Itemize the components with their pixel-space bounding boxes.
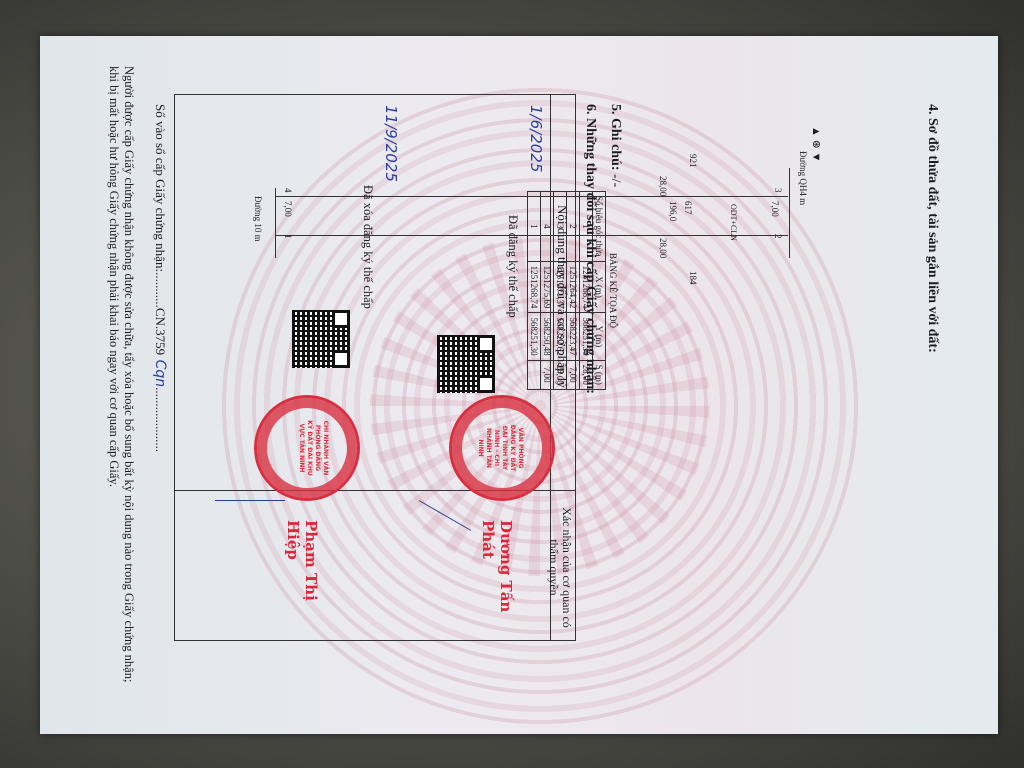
neighbor-left: 184 <box>688 271 698 285</box>
road-top-label: Đường QH4 m <box>798 151 808 205</box>
parcel-number: 617 <box>683 201 693 215</box>
qr-code-icon <box>437 335 495 393</box>
stamp-2: CHI NHÁNH VĂN PHÒNG ĐĂNG KÝ ĐẤT ĐAI KHU … <box>254 395 360 501</box>
road-top-line <box>789 168 790 258</box>
entry2-date: 11/9/2025 <box>382 105 400 182</box>
stamp-1: VĂN PHÒNG ĐĂNG KÝ ĐẤT ĐAI TỈNH TÂY NINH … <box>449 395 555 501</box>
entry1-text: Đã đăng ký thế chấp <box>505 215 520 318</box>
certificate-paper: 4. Sơ đồ thửa đất, tài sản gắn liền với … <box>40 36 998 734</box>
entry1-signer: Dương Tấn Phát <box>479 520 515 640</box>
changes-table: Nội dung thay đổi và cơ sở pháp lý Xác n… <box>174 94 576 641</box>
footer-note: Người được cấp Giấy chứng nhận không đượ… <box>106 66 136 686</box>
parcel-area: 196,0 <box>668 201 678 221</box>
coord-table-title: BẢNG KÊ TỌA ĐỘ <box>608 191 618 390</box>
col-confirm-header: Xác nhận của cơ quan có thẩm quyền <box>547 500 573 635</box>
edge-right: 28,00 <box>658 176 668 196</box>
land-type: ODT+CLN <box>729 204 738 241</box>
edge-left: 28,00 <box>658 238 668 258</box>
section6-title: 6. Những thay đổi sau khi cấp Giấy chứng… <box>582 104 598 394</box>
entry2-signer: Phạm Thị Hiệp <box>284 520 320 640</box>
registry-signature: Cqn <box>152 355 168 387</box>
signature-1 <box>419 500 471 531</box>
section5: 5. Ghi chú: -/- <box>607 104 623 187</box>
section4-title: 4. Sơ đồ thửa đất, tài sản gắn liền với … <box>924 104 940 353</box>
north-arrow-icon: ▲ ⊛ ▼ <box>810 126 823 163</box>
entry2-text: Đã xóa đăng ký thế chấp <box>360 185 375 309</box>
certificate-page: 4. Sơ đồ thửa đất, tài sản gắn liền với … <box>40 36 998 734</box>
entry1-date: 1/6/2025 <box>527 105 545 172</box>
neighbor-right: 921 <box>688 154 698 168</box>
notes-value: -/- <box>608 174 623 187</box>
col-content-header: Nội dung thay đổi và cơ sở pháp lý <box>554 205 570 388</box>
edge-top: 7,00 <box>770 201 780 217</box>
qr-code-icon <box>292 310 350 368</box>
registry-number: CN.3759 <box>153 308 168 355</box>
signature-2 <box>215 500 285 501</box>
registry-line: Số vào sổ cấp Giấy chứng nhận:..........… <box>152 104 168 452</box>
